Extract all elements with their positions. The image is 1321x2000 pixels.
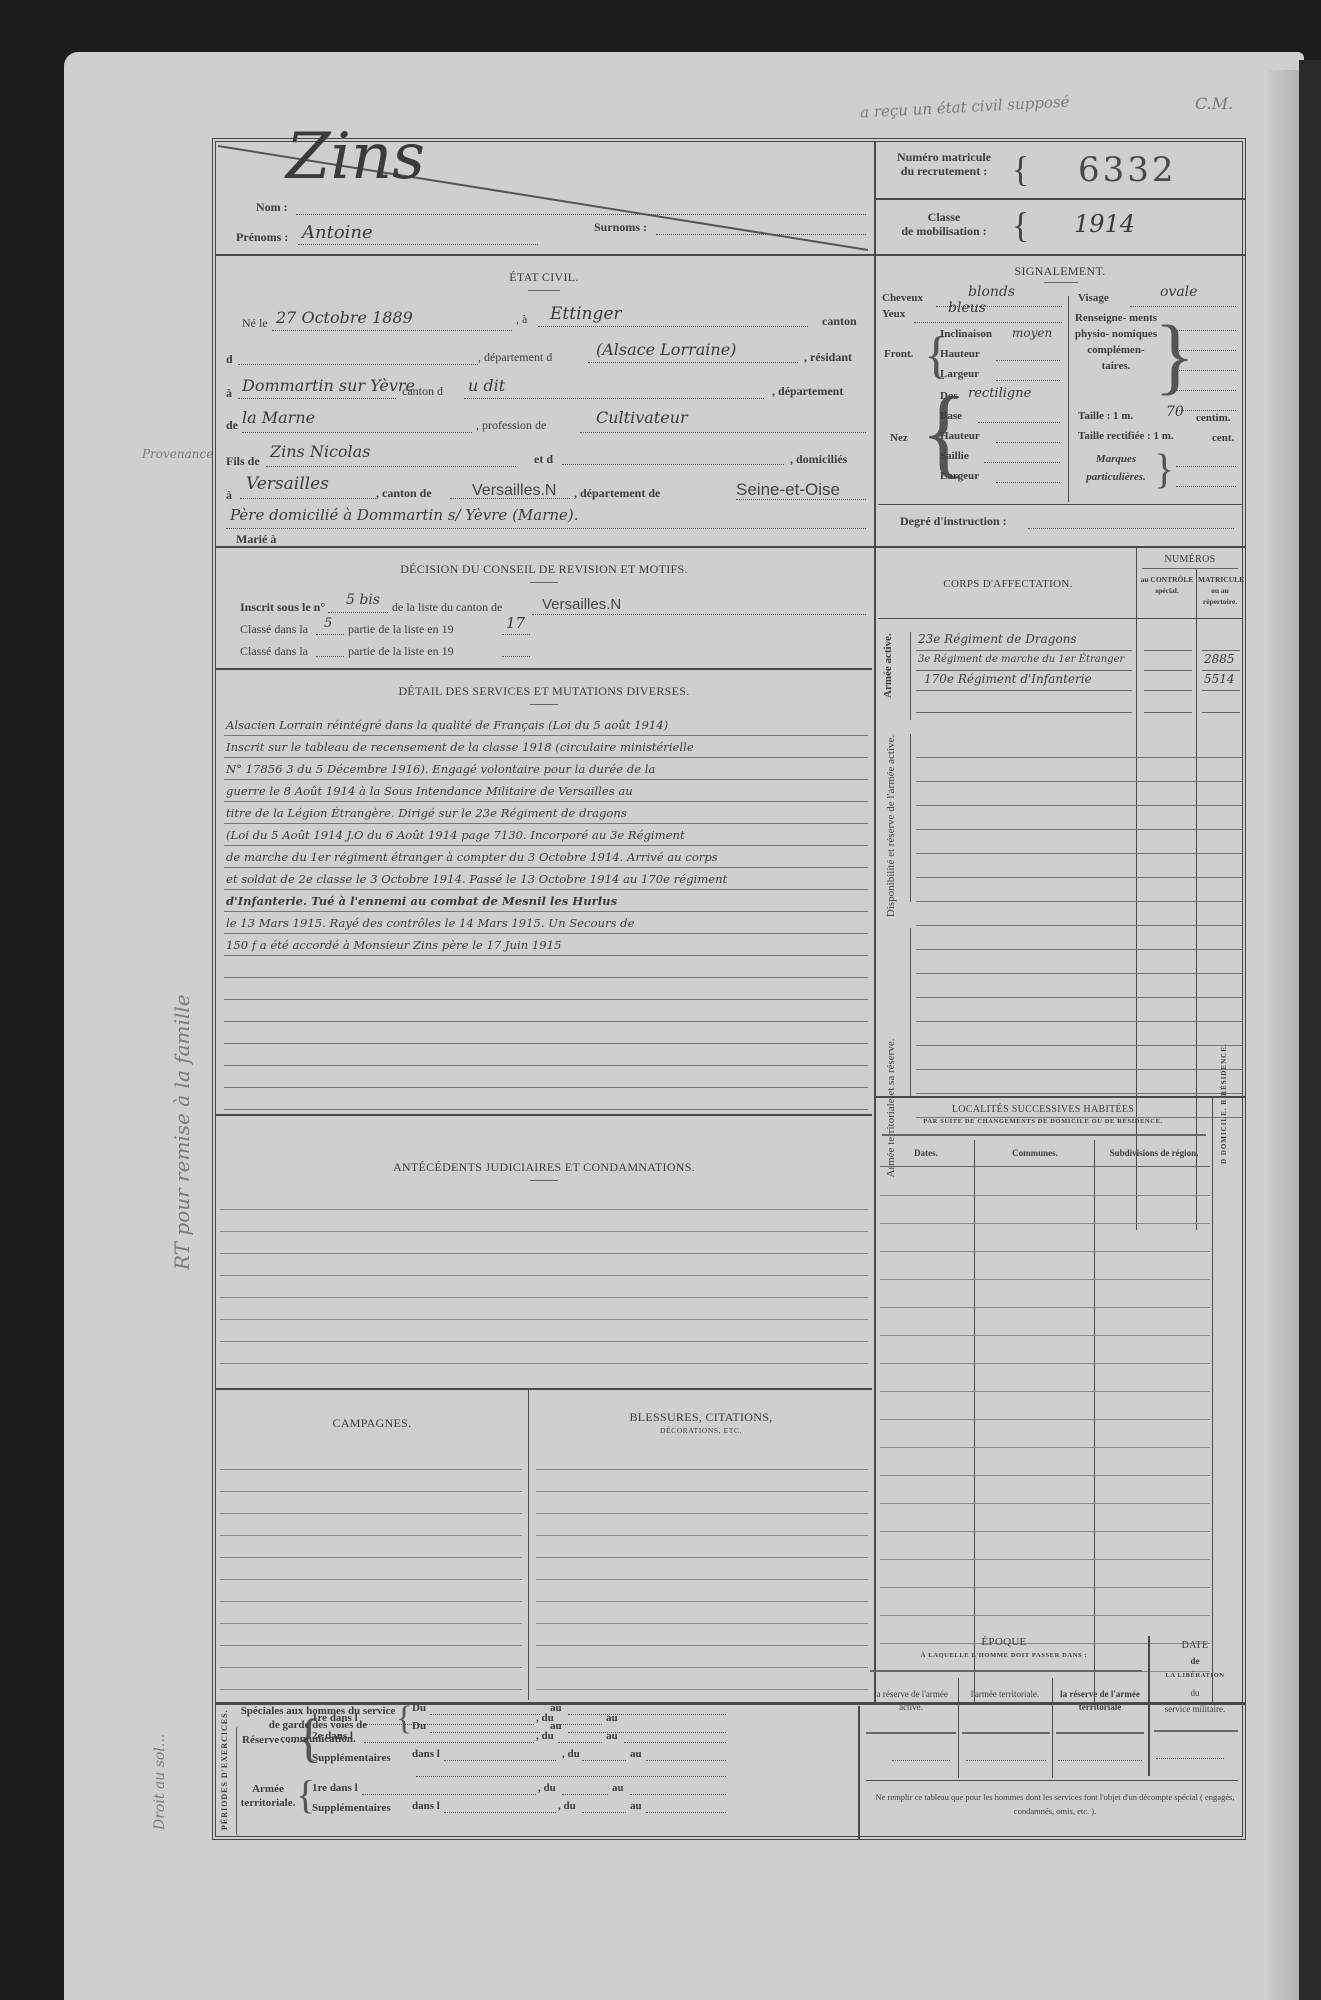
service-line: N° 17856 3 du 5 Décembre 1916). Engagé v… [226, 758, 866, 780]
line [966, 1760, 1046, 1761]
background-strip [1299, 60, 1321, 2000]
domicilies-a-label: à [226, 488, 232, 503]
brace: } [1154, 446, 1174, 494]
classe-block: Classe de mobilisation : { 1914 [878, 200, 1242, 254]
matricule-label-1: Numéro matricule [884, 150, 1004, 164]
armee-active-label: Armée active. [882, 633, 894, 698]
cheveux-value: blonds [968, 284, 1015, 300]
classe2-label-a: Classé dans la [240, 644, 308, 659]
rule [1056, 1732, 1144, 1734]
line [984, 462, 1060, 463]
departement3-value: Seine-et-Oise [736, 480, 840, 500]
line [1144, 690, 1192, 691]
classe1-value: 5 [324, 616, 332, 631]
taille-label: Taille : 1 m. [1078, 410, 1133, 422]
line [1144, 670, 1192, 671]
date-de: de [1150, 1656, 1240, 1666]
col-divider [958, 1678, 959, 1778]
main-divider [874, 142, 876, 1702]
title-rule [530, 582, 558, 583]
line [430, 1714, 540, 1715]
spacer [216, 1842, 217, 1843]
line [588, 362, 798, 363]
service-line: guerre le 8 Août 1914 à la Sous Intendan… [226, 780, 866, 802]
line [238, 364, 478, 365]
speciales-du-1: Du [412, 1702, 426, 1714]
taille-unit: centim. [1196, 412, 1231, 424]
marques-label: Marques particulières. [1078, 450, 1154, 486]
taille-rectifiee-label: Taille rectifiée : 1 m. [1078, 430, 1174, 442]
line [1202, 650, 1240, 651]
degre-instruction-label: Degré d'instruction : [900, 514, 1007, 529]
title-rule [1044, 282, 1078, 283]
line [996, 482, 1060, 483]
title-rule [530, 1180, 558, 1181]
line [430, 1732, 540, 1733]
nom-line [296, 214, 866, 215]
line [568, 1714, 726, 1715]
nez-largeur-label: Largeur [940, 470, 979, 482]
registration-form: Zins Nom : Prénoms : Antoine Surnoms : N… [212, 138, 1246, 1840]
blessures-empty-rows [536, 1448, 868, 1698]
matricule-label-2: du recrutement : [884, 164, 1004, 178]
line [502, 656, 530, 657]
departement2-label: , département [772, 384, 843, 399]
line [1202, 712, 1240, 713]
surnoms-line [656, 234, 866, 235]
inclinaison-label: Inclinaison [940, 328, 992, 340]
corps-row-2: 3e Régiment de marche du 1er Étranger [918, 654, 1124, 665]
date-service: service militaire. [1150, 1704, 1240, 1714]
col-subdivisions: Subdivisions de région. [1096, 1148, 1212, 1158]
line [892, 1760, 950, 1761]
yeux-label: Yeux [882, 308, 905, 320]
departement-label: , département d [478, 350, 552, 365]
visage-value: ovale [1160, 284, 1197, 300]
etat-civil-title: ÉTAT CIVIL. [216, 270, 872, 285]
line [1202, 670, 1240, 671]
services-title: DÉTAIL DES SERVICES ET MUTATIONS DIVERSE… [216, 684, 872, 699]
line [1176, 390, 1236, 391]
services-section: DÉTAIL DES SERVICES ET MUTATIONS DIVERSE… [216, 670, 872, 1110]
line [1156, 1758, 1224, 1759]
bracket [910, 928, 913, 1098]
pere-domicile-note: Père domicilié à Dommartin s/ Yèvre (Mar… [230, 506, 579, 524]
classe-label-2: de mobilisation : [884, 224, 1004, 238]
divider [878, 618, 1242, 619]
matricule-row-3: 5514 [1204, 672, 1235, 686]
birthplace-value: Ettinger [550, 304, 622, 324]
rule [866, 1732, 956, 1734]
divider [866, 1780, 1238, 1781]
service-text: Alsacien Lorrain réintégré dans la quali… [226, 714, 866, 956]
rule [880, 1166, 1210, 1167]
campagnes-empty-rows [220, 1448, 522, 1698]
line [568, 1732, 726, 1733]
corps-empty-rows [916, 734, 1242, 1134]
line [916, 712, 1132, 713]
periodes-speciales: Spéciales aux hommes du service de garde… [216, 1700, 856, 1840]
residant-a-label: à [226, 386, 232, 401]
service-line: titre de la Légion Étrangère. Dirigé sur… [226, 802, 866, 824]
line [240, 498, 376, 499]
line [532, 614, 866, 615]
speciales-au-1: au [550, 1702, 562, 1714]
base-label: Base [940, 410, 962, 422]
line [266, 466, 516, 467]
line [736, 499, 866, 500]
campagnes-title: CAMPAGNES. [216, 1416, 528, 1431]
brace: { [1012, 148, 1029, 190]
epoque-col-2: l'armée territoriale. [960, 1688, 1050, 1701]
corps-row-3: 170e Régiment d'Infanterie [924, 672, 1092, 686]
numeros-title: NUMÉROS [1138, 554, 1242, 565]
residence-value: Dommartin sur Yèvre [242, 376, 415, 395]
residant-label: , résidant [804, 350, 852, 365]
line [272, 330, 512, 331]
col-matricule: MATRICULE ou au répertoire. [1198, 574, 1242, 607]
localites-section: LOCALITÉS SUCCESSIVES HABITÉES PAR SUITE… [878, 1098, 1242, 1702]
nom-value: Zins [286, 120, 425, 194]
marie-label: Marié à [236, 532, 276, 547]
antecedents-title: ANTÉCÉDENTS JUDICIAIRES ET CONDAMNATIONS… [216, 1160, 872, 1175]
nom-label: Nom : [256, 200, 288, 215]
line [538, 326, 808, 327]
margin-note-bottom: Droit au sol... [152, 1734, 168, 1830]
blessures-subtitle: DÉCORATIONS, ETC. [530, 1426, 872, 1435]
localites-title: LOCALITÉS SUCCESSIVES HABITÉES [878, 1104, 1208, 1115]
visage-label: Visage [1078, 292, 1109, 304]
col-dates: Dates. [878, 1148, 974, 1158]
line [1202, 690, 1240, 691]
matricule-row-2: 2885 [1204, 652, 1235, 666]
rule [1142, 568, 1238, 569]
line [1028, 528, 1234, 529]
departement3-label: , département de [574, 486, 660, 501]
line [1176, 330, 1236, 331]
bracket [910, 632, 913, 720]
speciales-au-2: au [550, 1720, 562, 1732]
disponibilite-label: Disponibilité et réserve de l'armée acti… [884, 726, 898, 926]
line [996, 442, 1060, 443]
canton3-label: , canton de [376, 486, 432, 501]
speciales-du-2: Du [412, 1720, 426, 1732]
line [464, 398, 764, 399]
domicilies-label: , domiciliés [790, 452, 847, 467]
signalement-section: SIGNALEMENT. Cheveux blonds Yeux bleus F… [878, 256, 1242, 546]
line [916, 690, 1132, 691]
cheveux-label: Cheveux [882, 292, 923, 304]
localites-subtitle: PAR SUITE DE CHANGEMENTS DE DOMICILE OU … [878, 1118, 1208, 1125]
line [916, 670, 1132, 671]
de-label: de [226, 418, 238, 433]
canton2-label: canton d [402, 384, 443, 399]
classe-value: 1914 [1074, 210, 1135, 238]
prenoms-value: Antoine [302, 222, 373, 243]
service-line: (Loi du 5 Août 1914 J.O du 6 Août 1914 p… [226, 824, 866, 846]
signalement-title: SIGNALEMENT. [878, 264, 1242, 279]
inclinaison-value: moyen [1012, 326, 1052, 340]
line [562, 464, 784, 465]
date-title: DATE [1150, 1640, 1240, 1651]
line [1176, 486, 1236, 487]
decision-section: DÉCISION DU CONSEIL DE REVISION ET MOTIF… [216, 548, 872, 668]
brace: } [1154, 310, 1195, 400]
liste-canton-label: de la liste du canton de [392, 600, 502, 615]
service-line: 150 f a été accordé à Monsieur Zins père… [226, 934, 866, 956]
brace: { [396, 1700, 412, 1738]
signalement-divider [1068, 296, 1069, 502]
classe1-label-b: partie de la liste en 19 [348, 622, 454, 637]
rule [962, 1732, 1050, 1734]
speciales-label: Spéciales aux hommes du service de garde… [240, 1704, 396, 1746]
saillie-label: Saillie [940, 450, 969, 462]
domicilies-value: Versailles [246, 474, 329, 494]
line [580, 432, 866, 433]
pere-value: Zins Nicolas [270, 442, 370, 461]
domicile-residence-label: D DOMICILE. R RÉSIDENCE. [1220, 1043, 1228, 1164]
line [316, 634, 344, 635]
service-line: Inscrit sur le tableau de recensement de… [226, 736, 866, 758]
rule [882, 1134, 1206, 1136]
profession-value: Cultivateur [596, 408, 688, 427]
line [1144, 712, 1192, 713]
ne-le-value: 27 Octobre 1889 [276, 308, 413, 327]
line [1176, 370, 1236, 371]
classe-label-1: Classe [884, 210, 1004, 224]
line [916, 650, 1132, 651]
name-block: Zins Nom : Prénoms : Antoine Surnoms : [216, 142, 872, 254]
matricule-block: Numéro matricule du recrutement : { 6332 [878, 142, 1242, 198]
col-divider [528, 1390, 529, 1700]
classe2-label-b: partie de la liste en 19 [348, 644, 454, 659]
col-controle: au CONTRÔLE spécial. [1140, 574, 1194, 596]
front-hauteur-label: Hauteur [940, 348, 980, 360]
departement2-value: la Marne [242, 408, 315, 427]
col-divider [1212, 1098, 1213, 1702]
date-liberation: LA LIBÉRATION [1150, 1672, 1240, 1679]
service-line: et soldat de 2e classe le 3 Octobre 1914… [226, 868, 866, 890]
et-d-label: et d [534, 452, 553, 467]
profession-label: , profession de [476, 418, 546, 433]
margin-note-provenance: Provenance [142, 447, 213, 461]
line [996, 380, 1060, 381]
line [978, 422, 1060, 423]
surnoms-label: Surnoms : [594, 220, 647, 235]
line [328, 612, 388, 613]
decision-title: DÉCISION DU CONSEIL DE REVISION ET MOTIF… [216, 562, 872, 577]
renseignements-label: Renseigne- ments physio- nomiques complé… [1074, 310, 1158, 374]
yeux-value: bleus [948, 300, 986, 316]
line [914, 322, 1062, 323]
localites-empty-rows [880, 1168, 1210, 1698]
line [242, 432, 472, 433]
blessures-title: BLESSURES, CITATIONS, [530, 1410, 872, 1425]
front-label: Front. [884, 348, 913, 360]
liste-canton-value: Versailles.N [542, 596, 621, 613]
line [238, 398, 396, 399]
dos-label: Dos [940, 390, 958, 402]
service-line: Alsacien Lorrain réintégré dans la quali… [226, 714, 866, 736]
line [502, 634, 530, 635]
prenoms-line [298, 244, 538, 245]
departement-value: (Alsace Lorraine) [596, 340, 736, 359]
divider [878, 504, 1242, 505]
line [1176, 466, 1236, 467]
service-line: d'Infanterie. Tué à l'ennemi au combat d… [226, 890, 866, 912]
etat-civil-section: ÉTAT CIVIL. Né le 27 Octobre 1889 , à Et… [216, 256, 872, 546]
title-rule [528, 290, 560, 291]
prenoms-label: Prénoms : [236, 230, 288, 245]
ne-le-label: Né le [242, 316, 268, 331]
date-du: du [1150, 1688, 1240, 1698]
antecedents-empty-rows [220, 1188, 868, 1364]
matricule-value: 6332 [1078, 150, 1177, 190]
col-divider [858, 1706, 860, 1840]
epoque-table: ÉPOQUE À LAQUELLE L'HOMME DOIT PASSER DA… [862, 1632, 1242, 1832]
col-divider [1052, 1678, 1053, 1778]
epoque-col-3: la réserve de l'armée territoriale [1054, 1688, 1146, 1714]
line [996, 360, 1060, 361]
dos-value: rectiligne [968, 386, 1031, 401]
rule [870, 1670, 1142, 1672]
d-label: d [226, 352, 233, 367]
canton2-value: u dit [468, 376, 505, 395]
title-rule [530, 704, 558, 705]
fils-de-label: Fils de [226, 454, 260, 469]
line [316, 656, 344, 657]
line [1144, 650, 1192, 651]
campagnes-blessures-section: CAMPAGNES. BLESSURES, CITATIONS, DÉCORAT… [216, 1390, 872, 1700]
epoque-col-1: la réserve de l'armée active. [866, 1688, 956, 1714]
line [226, 528, 866, 529]
nez-hauteur-label: Hauteur [940, 430, 980, 442]
antecedents-section: ANTÉCÉDENTS JUDICIAIRES ET CONDAMNATIONS… [216, 1116, 872, 1366]
canton-label: canton [822, 314, 857, 329]
nez-label: Nez [890, 432, 908, 444]
service-line: le 13 Mars 1915. Rayé des contrôles le 1… [226, 912, 866, 934]
rule [1154, 1730, 1238, 1732]
a-label: , à [516, 312, 527, 327]
bracket [910, 734, 913, 902]
col-communes: Communes. [976, 1148, 1094, 1158]
epoque-title: ÉPOQUE [862, 1636, 1146, 1648]
inscrit-value: 5 bis [346, 592, 380, 608]
corps-title: CORPS D'AFFECTATION. [878, 578, 1138, 590]
brace: { [1012, 204, 1029, 246]
line [1176, 410, 1236, 411]
taille-rectifiee-unit: cent. [1212, 432, 1234, 444]
corps-row-1: 23e Régiment de Dragons [918, 632, 1077, 646]
epoque-note: Ne remplir ce tableau que pour les homme… [872, 1790, 1238, 1818]
taille-value: 70 [1166, 404, 1184, 420]
margin-note-initials: C.M. [1195, 94, 1233, 113]
classe1-label-a: Classé dans la [240, 622, 308, 637]
service-line: de marche du 1er régiment étranger à com… [226, 846, 866, 868]
inscrit-label: Inscrit sous le n° [240, 600, 325, 615]
line [1058, 1760, 1142, 1761]
book-right-edge [1269, 70, 1299, 2000]
epoque-subtitle: À LAQUELLE L'HOMME DOIT PASSER DANS : [862, 1652, 1146, 1659]
line [450, 498, 570, 499]
classe1-year: 17 [506, 614, 525, 632]
margin-note-vertical: RT pour remise à la famille [170, 994, 194, 1270]
line [1176, 350, 1236, 351]
